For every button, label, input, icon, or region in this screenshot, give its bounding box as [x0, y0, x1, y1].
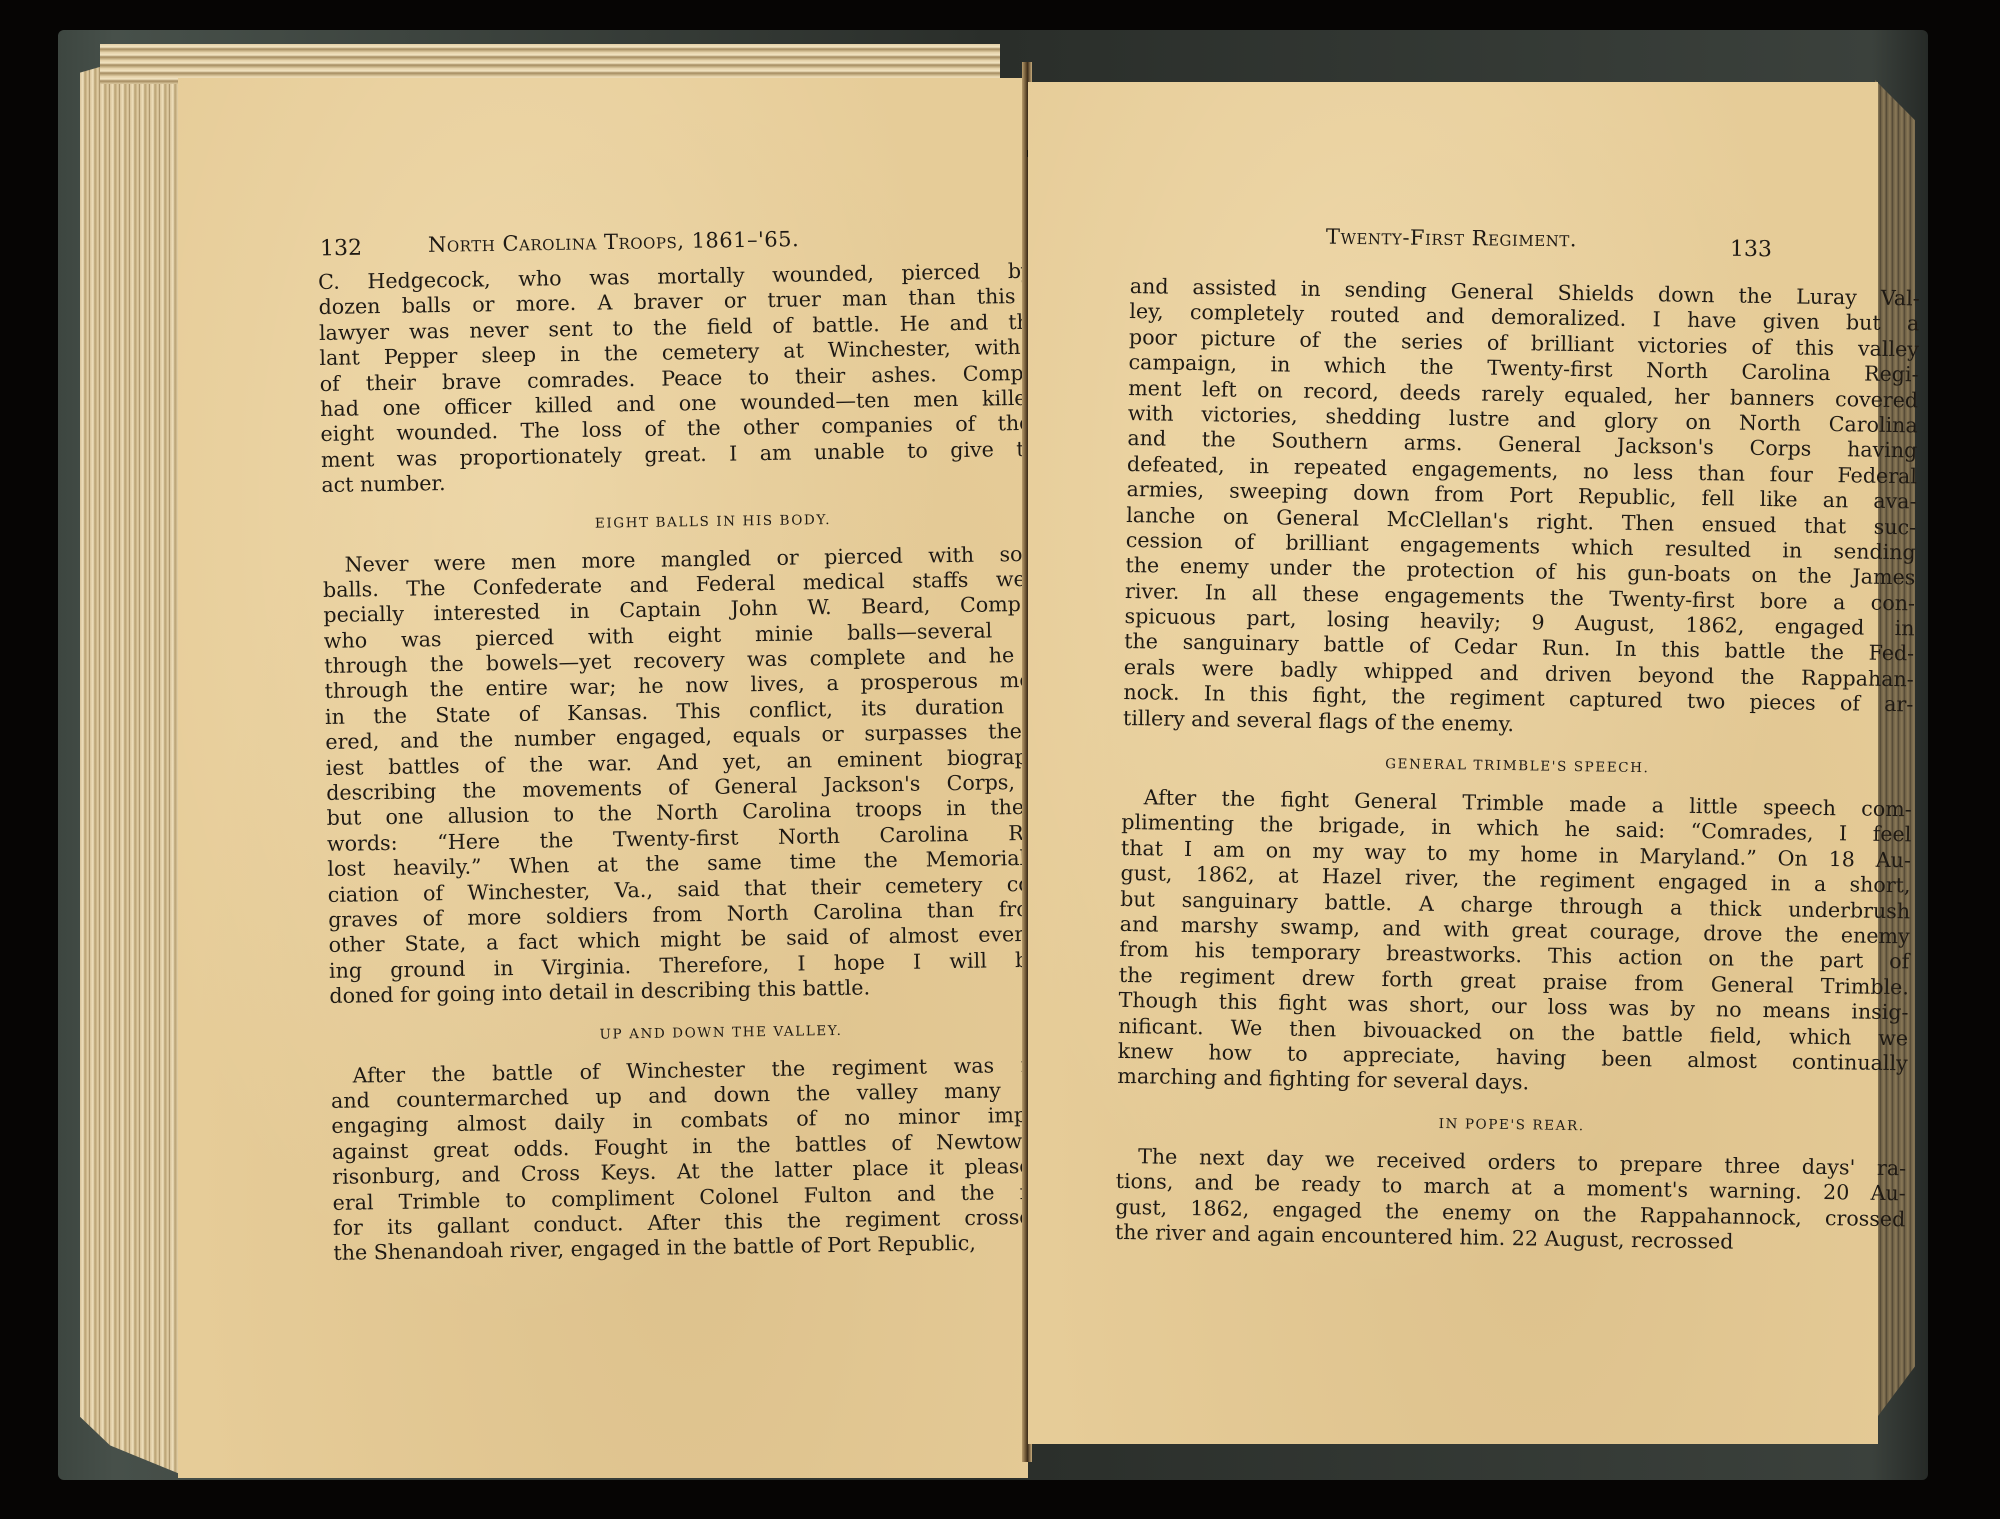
left-page-stack-edge: [80, 44, 180, 1474]
left-page-text: C. Hedgecock, who was mortally wounded, …: [318, 258, 1116, 1267]
running-head-right-text: Twenty-First Regiment.: [1326, 225, 1577, 252]
section-heading: In Pope's rear.: [1117, 1108, 1907, 1142]
page-number-left: 132: [320, 236, 362, 262]
running-head-left-text: North Carolina Troops, 1861–'65.: [428, 227, 800, 257]
running-head-left: North Carolina Troops, 1861–'65.: [428, 227, 800, 257]
right-page: Twenty-First Regiment. 133 and assisted …: [1028, 82, 1878, 1444]
right-page-text: and assisted in sending General Shields …: [1115, 274, 1920, 1258]
section-heading: Up and down the valley.: [330, 1015, 1112, 1049]
page-number-right: 133: [1730, 237, 1772, 262]
running-head-right: Twenty-First Regiment.: [1326, 225, 1577, 252]
section-heading: Eight balls in his body.: [322, 504, 1104, 538]
section-heading: General Trimble's speech.: [1122, 749, 1912, 783]
left-page: 132 North Carolina Troops, 1861–'65. C. …: [178, 78, 1028, 1478]
